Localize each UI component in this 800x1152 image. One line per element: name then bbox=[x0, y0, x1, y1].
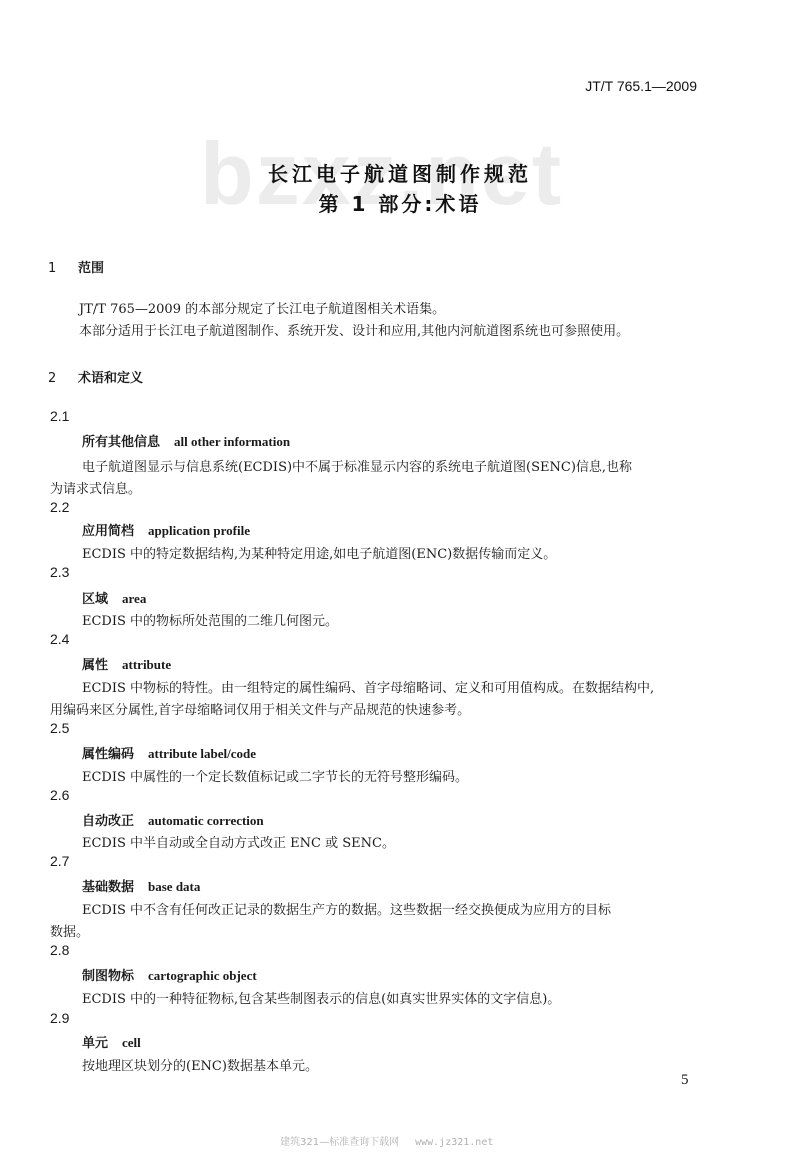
term-en: area bbox=[122, 591, 146, 606]
term-number: 2.8 bbox=[50, 942, 69, 958]
term-heading: 应用简档application profile bbox=[82, 520, 250, 539]
term-zh: 单元 bbox=[82, 1036, 108, 1051]
section-title: 范围 bbox=[78, 261, 104, 276]
term-en: cell bbox=[122, 1035, 141, 1050]
term-zh: 属性编码 bbox=[82, 747, 134, 762]
standard-code: JT/T 765.1—2009 bbox=[585, 78, 697, 94]
term-definition: ECDIS 中的物标所处范围的二维几何图元。 bbox=[82, 610, 338, 629]
document-title: 长江电子航道图制作规范 bbox=[0, 158, 800, 187]
term-zh: 区域 bbox=[82, 592, 108, 607]
term-en: cartographic object bbox=[148, 968, 257, 983]
term-number: 2.5 bbox=[50, 720, 69, 736]
section-heading-scope: 1范围 bbox=[48, 257, 104, 276]
term-heading: 单元cell bbox=[82, 1032, 141, 1051]
term-number: 2.6 bbox=[50, 787, 69, 803]
term-heading: 基础数据base data bbox=[82, 876, 200, 895]
term-heading: 属性attribute bbox=[82, 654, 171, 673]
term-zh: 应用简档 bbox=[82, 524, 134, 539]
page-number: 5 bbox=[681, 1072, 689, 1089]
term-definition: ECDIS 中属性的一个定长数值标记或二字节长的无符号整形编码。 bbox=[82, 766, 468, 785]
term-heading: 自动改正automatic correction bbox=[82, 810, 264, 829]
term-number: 2.1 bbox=[50, 408, 69, 424]
term-zh: 所有其他信息 bbox=[82, 435, 160, 450]
term-en: all other information bbox=[174, 434, 290, 449]
footer-watermark: 建筑321—标准查询下载网www.jz321.net bbox=[280, 1133, 493, 1148]
term-definition: ECDIS 中的特定数据结构,为某种特定用途,如电子航道图(ENC)数据传输而定… bbox=[82, 543, 556, 562]
section-number: 2 bbox=[48, 371, 78, 386]
term-definition: ECDIS 中不含有任何改正记录的数据生产方的数据。这些数据一经交换便成为应用方… bbox=[82, 899, 611, 918]
term-zh: 属性 bbox=[82, 658, 108, 673]
term-number: 2.9 bbox=[50, 1010, 69, 1026]
term-definition-cont: 用编码来区分属性,首字母缩略词仅用于相关文件与产品规范的快速参考。 bbox=[50, 699, 470, 718]
term-definition: ECDIS 中物标的特性。由一组特定的属性编码、首字母缩略词、定义和可用值构成。… bbox=[82, 677, 654, 696]
term-definition: ECDIS 中的一种特征物标,包含某些制图表示的信息(如真实世界实体的文字信息)… bbox=[82, 988, 560, 1007]
term-en: application profile bbox=[148, 523, 250, 538]
term-number: 2.2 bbox=[50, 499, 69, 515]
term-definition-cont: 数据。 bbox=[50, 921, 89, 940]
section-number: 1 bbox=[48, 261, 78, 276]
document-subtitle: 第 1 部分:术语 bbox=[0, 188, 800, 217]
term-en: automatic correction bbox=[148, 813, 264, 828]
term-zh: 制图物标 bbox=[82, 969, 134, 984]
term-heading: 制图物标cartographic object bbox=[82, 965, 257, 984]
term-number: 2.4 bbox=[50, 631, 69, 647]
term-en: attribute bbox=[122, 657, 171, 672]
term-definition: 按地理区块划分的(ENC)数据基本单元。 bbox=[82, 1055, 318, 1074]
section-heading-terms: 2术语和定义 bbox=[48, 367, 143, 386]
term-zh: 基础数据 bbox=[82, 880, 134, 895]
term-number: 2.7 bbox=[50, 853, 69, 869]
term-zh: 自动改正 bbox=[82, 814, 134, 829]
term-heading: 区域area bbox=[82, 588, 146, 607]
section-title: 术语和定义 bbox=[78, 371, 143, 386]
term-definition-cont: 为请求式信息。 bbox=[50, 478, 141, 497]
footer-url: www.jz321.net bbox=[415, 1137, 493, 1148]
term-definition: 电子航道图显示与信息系统(ECDIS)中不属于标准显示内容的系统电子航道图(SE… bbox=[82, 456, 632, 475]
scope-paragraph-2: 本部分适用于长江电子航道图制作、系统开发、设计和应用,其他内河航道图系统也可参照… bbox=[79, 320, 629, 339]
term-heading: 所有其他信息all other information bbox=[82, 431, 290, 450]
scope-paragraph-1: JT/T 765—2009 的本部分规定了长江电子航道图相关术语集。 bbox=[79, 298, 445, 317]
term-en: attribute label/code bbox=[148, 746, 256, 761]
term-en: base data bbox=[148, 879, 200, 894]
term-number: 2.3 bbox=[50, 564, 69, 580]
term-heading: 属性编码attribute label/code bbox=[82, 743, 256, 762]
footer-site-name: 建筑321—标准查询下载网 bbox=[280, 1137, 399, 1148]
term-definition: ECDIS 中半自动或全自动方式改正 ENC 或 SENC。 bbox=[82, 832, 395, 851]
